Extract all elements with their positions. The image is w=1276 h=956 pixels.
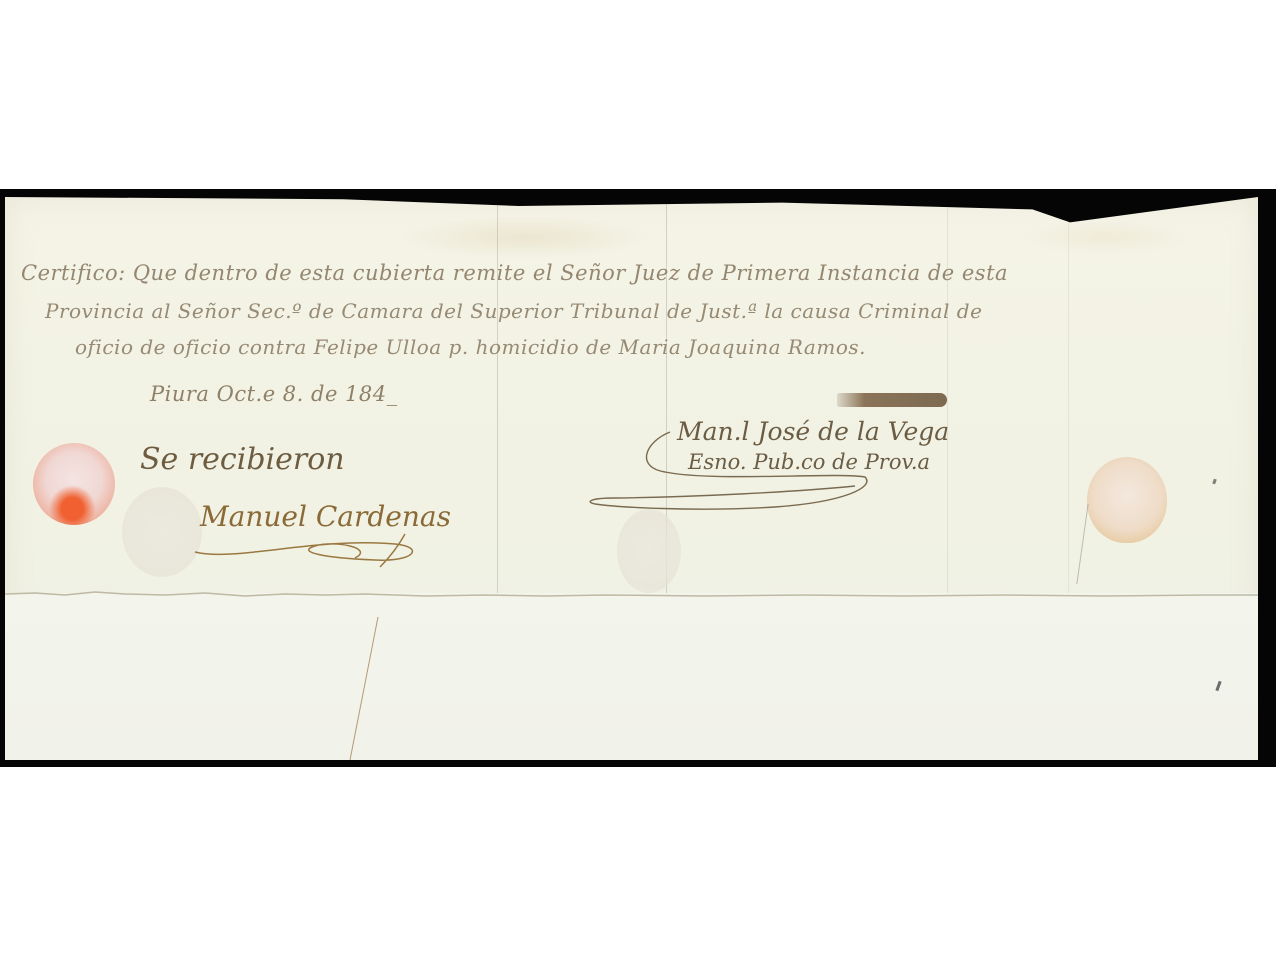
received-note: Se recibieron <box>140 442 345 477</box>
faded-seal-impression <box>617 509 681 593</box>
faded-seal-impression <box>122 487 202 577</box>
torn-edge <box>5 590 1258 598</box>
ink-speck <box>1212 479 1217 485</box>
date-line: Piura Oct.e 8. de 184_ <box>150 382 398 406</box>
left-signature: Manuel Cardenas <box>200 500 451 533</box>
body-line-1: Certifico: Que dentro de esta cubierta r… <box>21 261 1008 285</box>
document-viewer: Certifico: Que dentro de esta cubierta r… <box>0 0 1276 956</box>
body-line-3: oficio de oficio contra Felipe Ulloa p. … <box>75 335 866 359</box>
ink-blot <box>837 393 947 407</box>
red-wax-seal <box>33 443 115 525</box>
manuscript-paper: Certifico: Que dentro de esta cubierta r… <box>5 197 1258 760</box>
paper-tear <box>1076 504 1148 584</box>
lower-fold-flap <box>5 593 1258 760</box>
right-signature-title: Esno. Pub.co de Prov.a <box>688 450 930 474</box>
right-signature-name: Man.l José de la Vega <box>677 417 949 446</box>
body-line-2: Provincia al Señor Sec.º de Camara del S… <box>45 299 982 323</box>
